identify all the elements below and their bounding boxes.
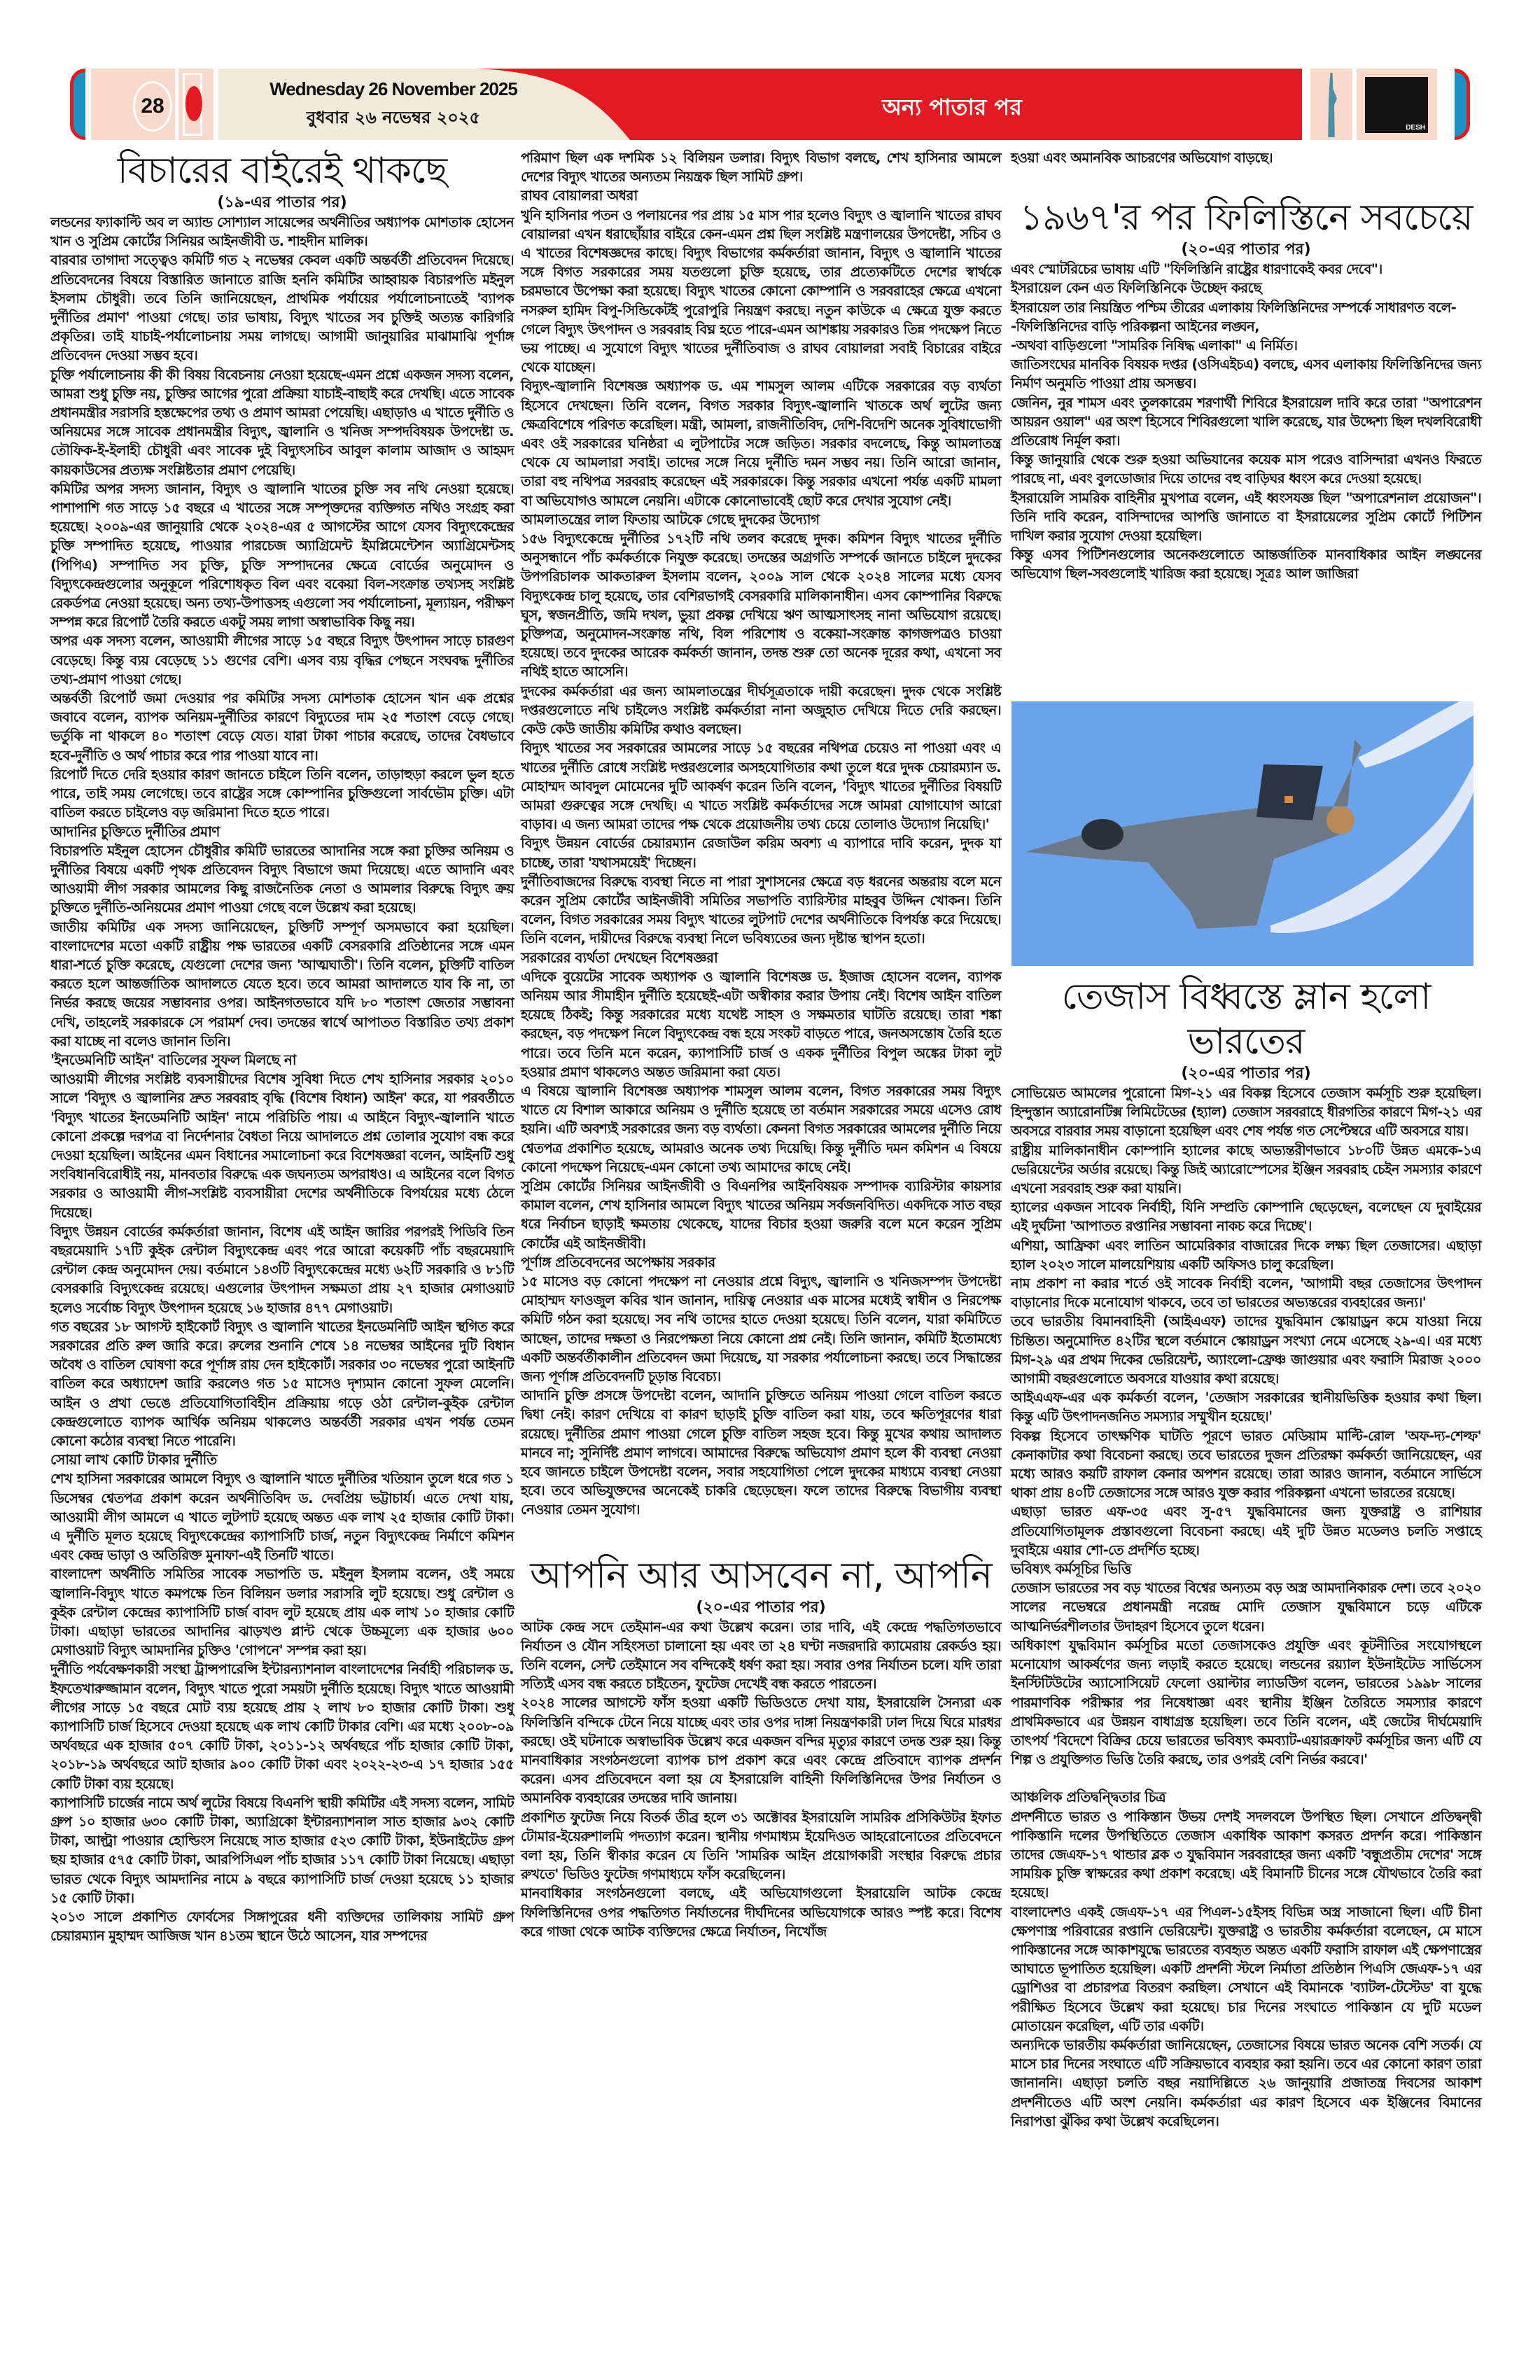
- flag-emblem-icon: [178, 69, 213, 140]
- paragraph: -অথবা বাড়িগুলো "সামরিক নিষিদ্ধ এলাকা" এ…: [1011, 336, 1481, 355]
- paragraph: অন্যদিকে ভারতীয় কর্মকর্তারা জানিয়েছেন,…: [1011, 2036, 1481, 2131]
- subheading: ইসরায়েল কেন এত ফিলিস্তিনিকে উচ্ছেদ করছে: [1011, 279, 1481, 297]
- fighter-jet-photo: [1011, 701, 1473, 966]
- paragraph: দুদকের কর্মকর্তারা এর জন্য আমলাতন্ত্রের …: [521, 682, 1001, 739]
- paragraph: আদানি চুক্তি প্রসঙ্গে উপদেষ্টা বলেন, আদা…: [521, 1386, 1001, 1519]
- paragraph: বিদ্যুৎ খাতের সব সরকারের আমলের সাড়ে ১৫ …: [521, 738, 1001, 834]
- jet-icon: [1011, 701, 1473, 966]
- paragraph: মানবাধিকার সংগঠনগুলো বলছে, এই অভিযোগগুলো…: [521, 1884, 1001, 1941]
- paragraph: শেখ হাসিনা সরকারের আমলে বিদ্যুৎ ও জ্বালা…: [50, 1469, 514, 1564]
- column-3-lower: তেজাস বিধ্বস্তে ম্লান হলো ভারতের (২০-এর …: [1011, 974, 1481, 2131]
- paragraph: পরিমাণ ছিল এক দশমিক ১২ বিলিয়ন ডলার। বিদ…: [521, 148, 1001, 186]
- paragraph: বিদ্যুৎ উন্নয়ন বোর্ডের কর্মকর্তারা জানা…: [50, 1222, 514, 1317]
- subheading: ভবিষ্যৎ কর্মসূচির ভিত্তি: [1011, 1560, 1481, 1578]
- paragraph: ২০২৪ সালের আগস্টে ফাঁস হওয়া একটি ভিডিওত…: [521, 1693, 1001, 1807]
- paragraph: অধিকাংশ যুদ্ধবিমান কর্মসূচির মতো তেজাসকে…: [1011, 1636, 1481, 1769]
- subheading: আঞ্চলিক প্রতিদ্বন্দ্বিতার চিত্র: [1011, 1788, 1481, 1807]
- paragraph: ইসরায়েল তার নিয়ন্ত্রিত পশ্চিম তীরের এল…: [1011, 298, 1481, 317]
- paragraph: রাষ্ট্রীয় মালিকানাধীন কোম্পানি হ্যালের …: [1011, 1141, 1481, 1198]
- paragraph: বিচারপতি মইনুল হোসেন চৌধুরীর কমিটি ভারতে…: [50, 841, 514, 918]
- paragraph: খুনি হাসিনার পতন ও পলায়নের পর প্রায় ১৫…: [521, 206, 1001, 377]
- paragraph: এছাড়া ভারত এফ-৩৫ এবং সু-৫৭ যুদ্ধবিমানের…: [1011, 1502, 1481, 1560]
- paragraph: কিন্তু এসব পিটিশনগুলোর অনেকগুলোতে আন্তর্…: [1011, 545, 1481, 583]
- paragraph: ২০১৩ সালে প্রকাশিত ফোর্বসের সিঙ্গাপুরের …: [50, 1907, 514, 1945]
- paragraph: বিদ্যুৎ-জ্বালানি বিশেষজ্ঞ অধ্যাপক ড. এম …: [521, 377, 1001, 510]
- paragraph: অপর এক সদস্য বলেন, আওয়ামী লীগের সাড়ে ১…: [50, 631, 514, 689]
- paragraph: হওয়া এবং অমানবিক আচরণের অভিযোগ বাড়ছে।: [1011, 148, 1481, 167]
- headline-apni: আপনি আর আসবেন না, আপনি: [521, 1553, 1001, 1598]
- subheading: আদানির চুক্তিতে দুর্নীতির প্রমাণ: [50, 822, 514, 841]
- headline-tejas: তেজাস বিধ্বস্তে ম্লান হলো ভারতের: [1011, 974, 1481, 1064]
- paragraph: জেনিন, নুর শামস এবং তুলকারেম শরণার্থী শি…: [1011, 393, 1481, 451]
- subheading: পূর্ণাঙ্গ প্রতিবেদনের অপেক্ষায় সরকার: [521, 1253, 1001, 1272]
- paragraph: ১৫ মাসেও বড় কোনো পদক্ষেপ না নেওয়ার প্র…: [521, 1272, 1001, 1386]
- paragraph: ইসরায়েলি সামরিক বাহিনীর মুখপাত্র বলেন, …: [1011, 489, 1481, 546]
- continuation-note: (১৯-এর পাতার পর): [50, 193, 514, 213]
- paragraph: প্রকাশিত ফুটেজ নিয়ে বিতর্ক তীব্র হলে ৩১…: [521, 1808, 1001, 1884]
- paragraph: -ফিলিস্তিনিদের বাড়ি পরিকল্পনা আইনের লঙ্…: [1011, 317, 1481, 336]
- paragraph: এবং স্মোটরিচের ভাষায় এটি "ফিলিস্তিনি রা…: [1011, 260, 1481, 279]
- continuation-note: (২০-এর পাতার পর): [521, 1598, 1001, 1618]
- paragraph: এশিয়া, আফ্রিকা এবং লাতিন আমেরিকার বাজার…: [1011, 1236, 1481, 1274]
- subheading: আমলাতন্ত্রের লাল ফিতায় আটকে গেছে দুদকের…: [521, 510, 1001, 529]
- paragraph: রিপোর্ট দিতে দেরি হওয়ার কারণ জানতে চাইল…: [50, 765, 514, 822]
- paragraph: তবে ভারতীয় বিমানবাহিনী (আইএএফ) তাদের যু…: [1011, 1312, 1481, 1388]
- subheading: সরকারের ব্যর্থতা দেখছেন বিশেষজ্ঞরা: [521, 948, 1001, 967]
- date-english: Wednesday 26 November 2025: [267, 78, 519, 100]
- palestine-lead-in: হওয়া এবং অমানবিক আচরণের অভিযোগ বাড়ছে।: [1011, 148, 1481, 167]
- continuation-note: (২০-এর পাতার পর): [1011, 1064, 1481, 1084]
- paragraph: অন্তর্বর্তী রিপোর্ট জমা দেওয়ার পর কমিটি…: [50, 689, 514, 765]
- paragraph: সুপ্রিম কোর্টের সিনিয়র আইনজীবী ও বিএনপি…: [521, 1177, 1001, 1253]
- article-body-tejas: সোভিয়েত আমলের পুরোনো মিগ-২১ এর বিকল্প হ…: [1011, 1084, 1481, 2131]
- headline-bichar: বিচারের বাইরেই থাকছে: [50, 148, 514, 193]
- paragraph: আইএএফ-এর এক কর্মকর্তা বলেন, 'তেজাস সরকার…: [1011, 1388, 1481, 1426]
- masthead-left-cap: [70, 69, 85, 140]
- paragraph: সোভিয়েত আমলের পুরোনো মিগ-২১ এর বিকল্প হ…: [1011, 1084, 1481, 1141]
- paragraph: চুক্তি পর্যালোচনায় কী কী বিষয় বিবেচনায…: [50, 365, 514, 479]
- column-3: হওয়া এবং অমানবিক আচরণের অভিযোগ বাড়ছে। …: [1011, 148, 1481, 584]
- paragraph: জাতিসংঘের মানবিক বিষয়ক দপ্তর (ওসিএইচএ) …: [1011, 355, 1481, 393]
- newspaper-logo: DESH: [1357, 69, 1437, 140]
- paragraph: বিকল্প হিসেবে তাৎক্ষণিক ঘাটতি পূরণে ভারত…: [1011, 1427, 1481, 1503]
- paragraph: বাংলাদেশও একই জেএফ-১৭ এর পিএল-১৫ইসহ বিভি…: [1011, 1903, 1481, 2036]
- paragraph: আটক কেন্দ্র সদে তেইমান-এর কথা উল্লেখ করে…: [521, 1618, 1001, 1694]
- article-body-apni: আটক কেন্দ্র সদে তেইমান-এর কথা উল্লেখ করে…: [521, 1618, 1001, 1941]
- column-1: বিচারের বাইরেই থাকছে (১৯-এর পাতার পর) লন…: [50, 148, 514, 1945]
- subheading: সোয়া লাখ কোটি টাকার দুর্নীতি: [50, 1450, 514, 1469]
- subheading: রাঘব বোয়ালরা অধরা: [521, 186, 1001, 205]
- paragraph: নাম প্রকাশ না করার শর্তে ওই সাবেক নির্বা…: [1011, 1274, 1481, 1312]
- paragraph: কিন্তু জানুয়ারি থেকে শুরু হওয়া অভিযানে…: [1011, 450, 1481, 488]
- paragraph: ১৫৬ বিদ্যুৎকেন্দ্রে দুর্নীতির ১৭২টি নথি …: [521, 529, 1001, 682]
- paragraph: বারবার তাগাদা সত্ত্বেও কমিটি গত ২ নভেম্ব…: [50, 251, 514, 365]
- paragraph: দুর্নীতি পর্যবেক্ষণকারী সংস্থা ট্রান্সপা…: [50, 1660, 514, 1793]
- date-bengali: বুধবার ২৬ নভেম্বর ২০২৫: [267, 105, 519, 133]
- article-body-bichar-continued: পরিমাণ ছিল এক দশমিক ১২ বিলিয়ন ডলার। বিদ…: [521, 148, 1001, 1520]
- subheading: 'ইনডেমনিটি আইন' বাতিলের সুফল মিলছে না: [50, 1051, 514, 1070]
- paragraph: আওয়ামী লীগের সংশ্লিষ্ট ব্যবসায়ীদের বিশ…: [50, 1070, 514, 1222]
- paragraph: জাতীয় কমিটির এক সদস্য জানিয়েছেন, চুক্ত…: [50, 918, 514, 1051]
- article-body-palestine: এবং স্মোটরিচের ভাষায় এটি "ফিলিস্তিনি রা…: [1011, 260, 1481, 583]
- page-number: 28: [133, 81, 172, 132]
- section-title: অন্য পাতার পর: [819, 90, 1085, 127]
- masthead: 28 Wednesday 26 November 2025 বুধবার ২৬ …: [70, 69, 1470, 140]
- logo-text: DESH: [1365, 77, 1428, 133]
- paragraph: বাংলাদেশ অর্থনীতি সমিতির সাবেক সভাপতি ড.…: [50, 1564, 514, 1660]
- paragraph: কমিটির অপর সদস্য জানান, বিদ্যুৎ ও জ্বালা…: [50, 479, 514, 632]
- paragraph: তেজাস ভারতের সব বড় খাতের বিশ্বের অন্যতম…: [1011, 1578, 1481, 1636]
- paragraph: এ বিষয়ে জ্বালানি বিশেষজ্ঞ অধ্যাপক শামসু…: [521, 1081, 1001, 1177]
- paragraph: দুর্নীতিবাজদের বিরুদ্ধে ব্যবস্থা নিতে না…: [521, 872, 1001, 948]
- paragraph: বিদ্যুৎ উন্নয়ন বোর্ডের চেয়ারম্যান রেজা…: [521, 834, 1001, 871]
- column-2: পরিমাণ ছিল এক দশমিক ১২ বিলিয়ন ডলার। বিদ…: [521, 148, 1001, 1941]
- continuation-note: (২০-এর পাতার পর): [1011, 240, 1481, 260]
- paragraph: এদিকে বুয়েটের সাবেক অধ্যাপক ও জ্বালানি …: [521, 967, 1001, 1081]
- paragraph: প্রদর্শনীতে ভারত ও পাকিস্তান উভয় দেশই স…: [1011, 1807, 1481, 1903]
- headline-palestine: ১৯৬৭'র পর ফিলিস্তিনে সবচেয়ে: [1011, 195, 1481, 240]
- statue-of-liberty-icon: [1310, 69, 1352, 140]
- article-body-bichar: লন্ডনের ফ্যাকাল্টি অব ল অ্যান্ড সোশ্যাল …: [50, 213, 514, 1945]
- paragraph: গত বছরের ১৮ আগস্ট হাইকোর্ট বিদ্যুৎ ও জ্ব…: [50, 1317, 514, 1450]
- masthead-right-cap: [1455, 69, 1470, 140]
- paragraph: লন্ডনের ফ্যাকাল্টি অব ল অ্যান্ড সোশ্যাল …: [50, 213, 514, 251]
- paragraph: হ্যালের একজন সাবেক নির্বাহী, যিনি সম্প্র…: [1011, 1198, 1481, 1235]
- page-number-panel: 28: [91, 69, 175, 140]
- paragraph: ক্যাপাসিটি চার্জের নামে অর্থ লুটের বিষয়…: [50, 1793, 514, 1907]
